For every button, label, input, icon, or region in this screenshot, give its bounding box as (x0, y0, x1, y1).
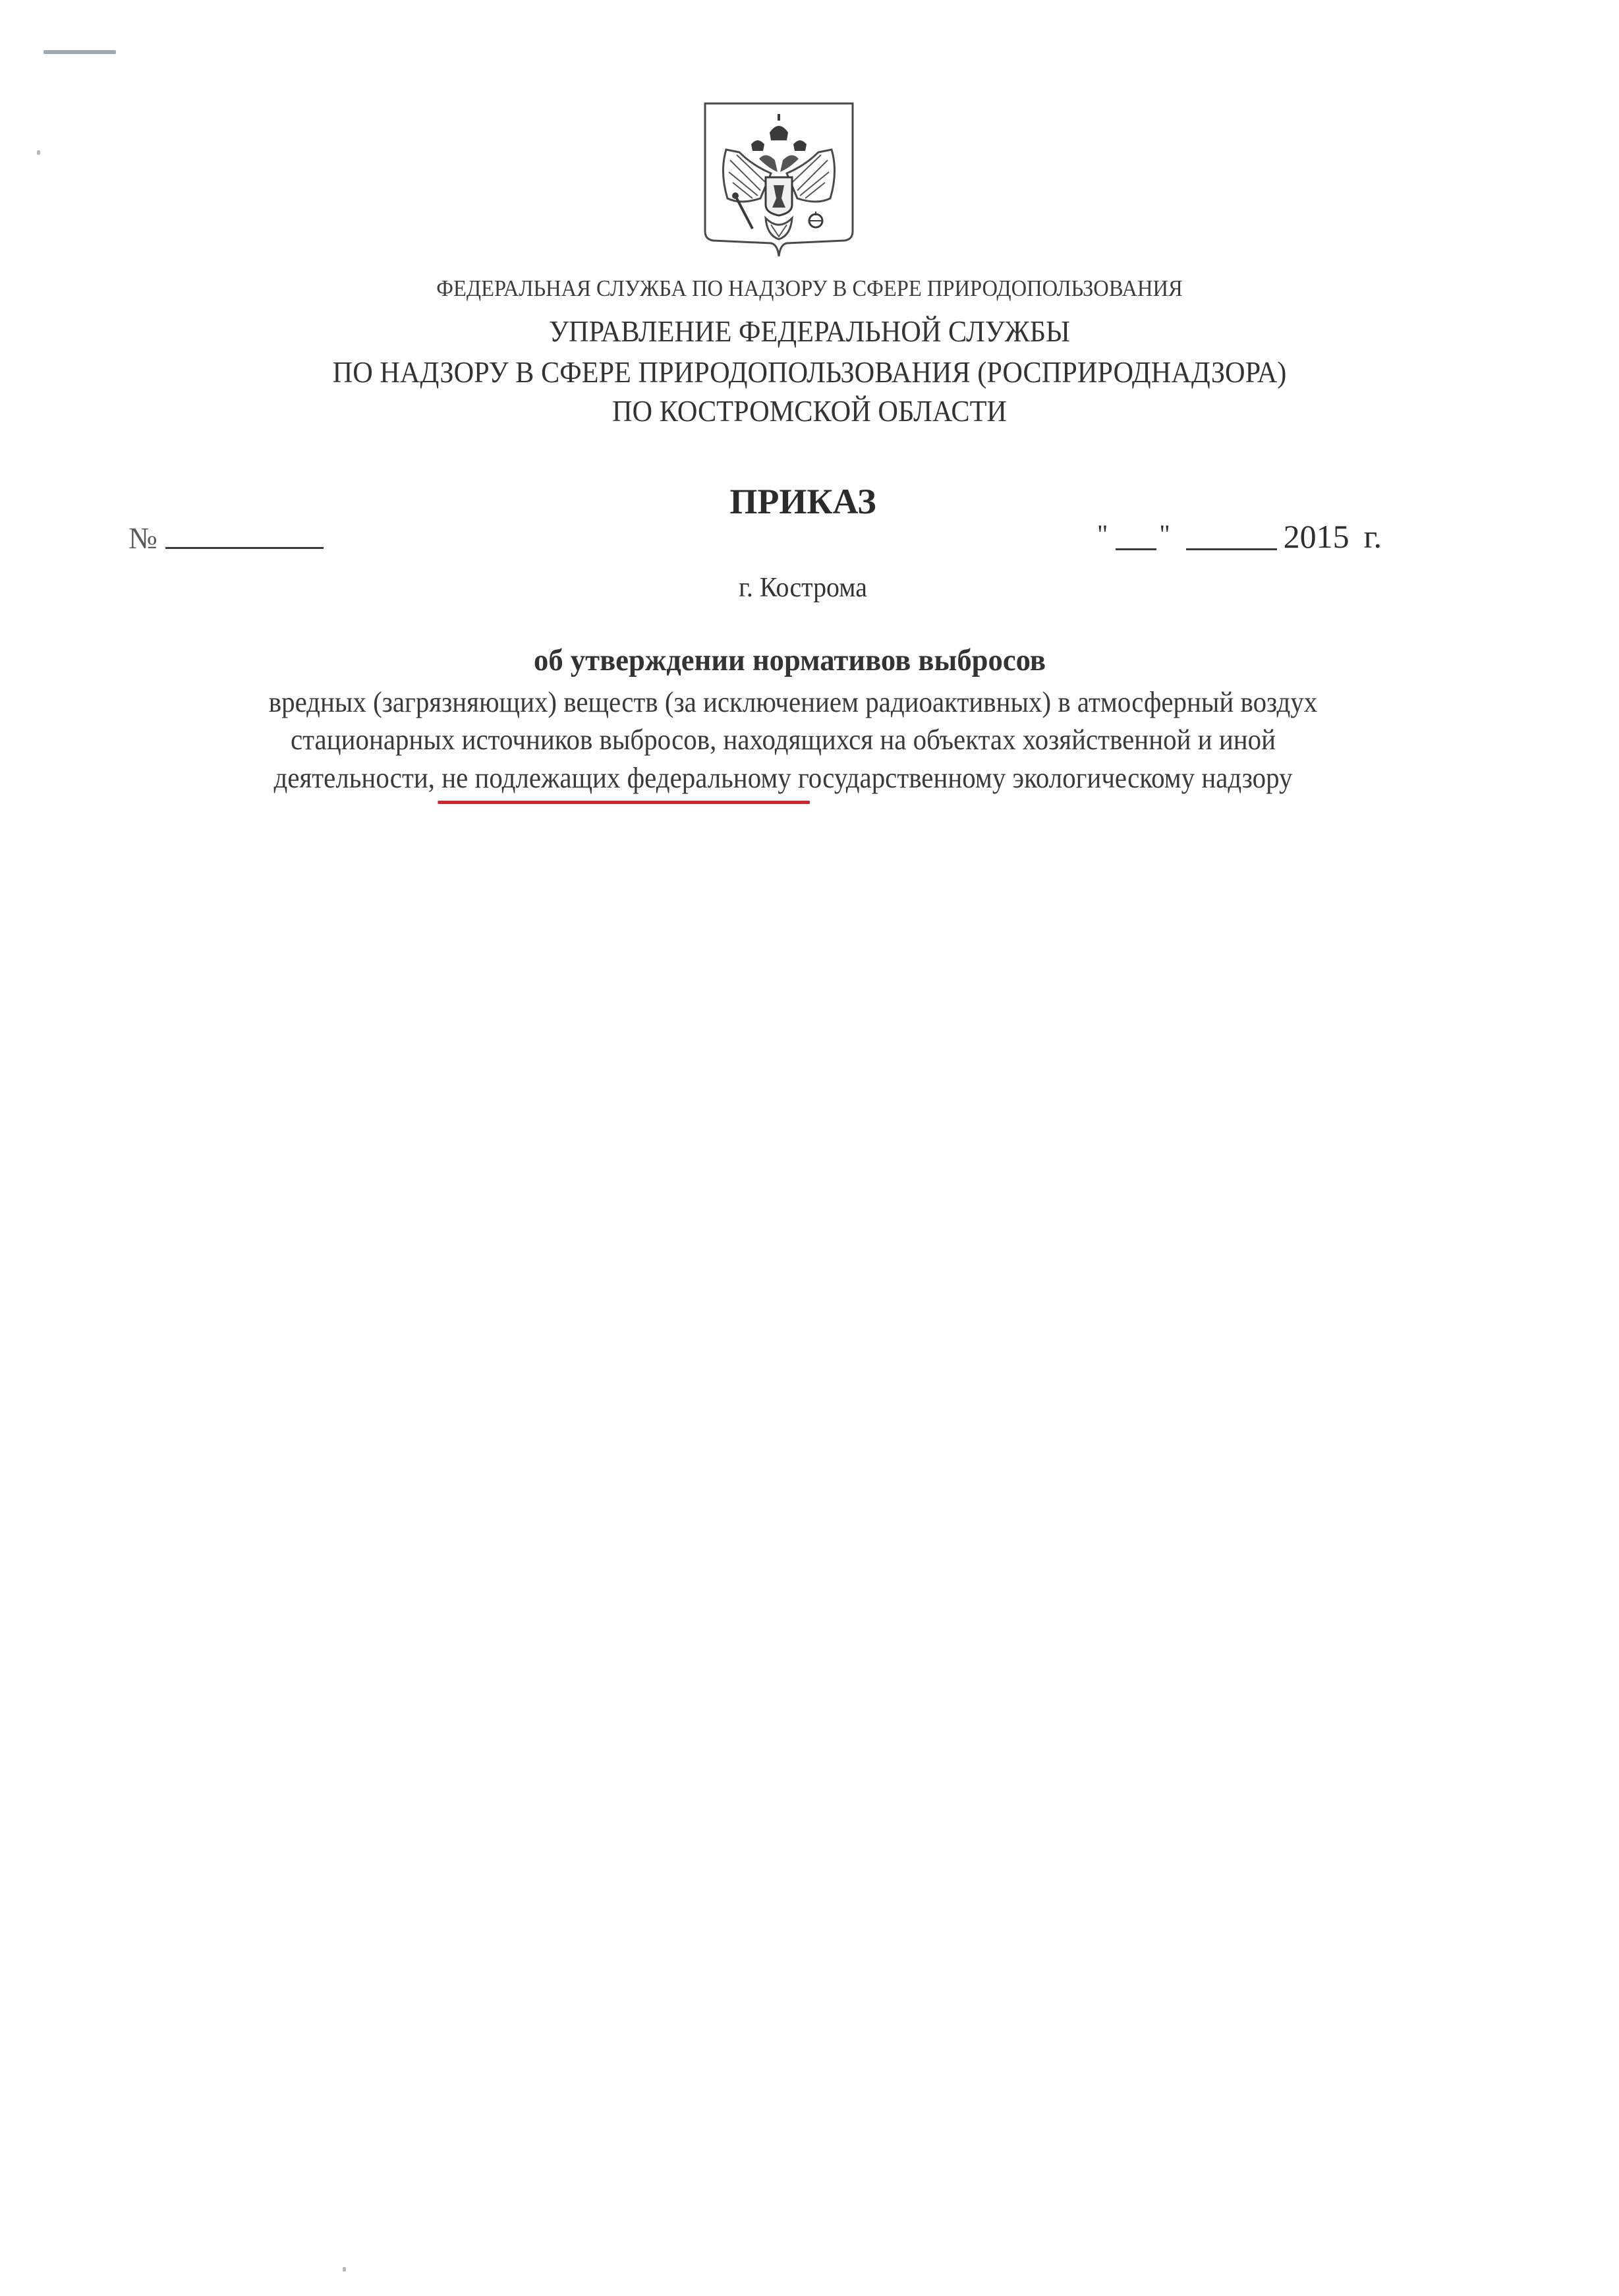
agency-name-line-2: ПО НАДЗОРУ В СФЕРЕ ПРИРОДОПОЛЬЗОВАНИЯ (Р… (65, 355, 1554, 389)
number-label: № (128, 521, 157, 556)
number-blank-field (165, 547, 324, 549)
date-year: 2015 (1284, 517, 1349, 556)
date-year-suffix: г. (1364, 517, 1382, 556)
red-underlined-phrase: не подлежащих федеральному (441, 761, 791, 795)
day-blank-field (1116, 548, 1156, 550)
scan-artifact-dot (37, 150, 40, 155)
document-type-heading: ПРИКАЗ (0, 481, 1612, 522)
document-subtitle-line-1: вредных (загрязняющих) веществ (за исклю… (40, 685, 1546, 719)
document-title: об утверждении нормативов выбросов (20, 643, 1558, 678)
date-close-quote: " (1159, 519, 1170, 550)
scan-artifact-dot (343, 2267, 346, 2272)
russian-coat-of-arms-icon (700, 100, 858, 261)
subtitle-line-3-end: государственному экологическому надзору (791, 762, 1293, 794)
subtitle-line-3-start: деятельности, (273, 762, 441, 794)
scan-artifact-mark (43, 50, 116, 54)
document-number: № (128, 521, 324, 556)
agency-name-line-3: ПО КОСТРОМСКОЙ ОБЛАСТИ (65, 393, 1554, 428)
date-open-quote: " (1097, 519, 1108, 550)
month-blank-field (1186, 548, 1277, 550)
agency-name-line-1: УПРАВЛЕНИЕ ФЕДЕРАЛЬНОЙ СЛУЖБЫ (65, 314, 1554, 349)
document-city: г. Кострома (34, 572, 1572, 604)
document-subtitle-line-2: стационарных источников выбросов, находя… (30, 723, 1536, 757)
document-subtitle-line-3: деятельности, не подлежащих федеральному… (30, 761, 1536, 795)
parent-agency-name: ФЕДЕРАЛЬНАЯ СЛУЖБА ПО НАДЗОРУ В СФЕРЕ ПР… (57, 275, 1562, 302)
document-page: ФЕДЕРАЛЬНАЯ СЛУЖБА ПО НАДЗОРУ В СФЕРЕ ПР… (0, 0, 1619, 2296)
document-date: " " 2015 г. (1097, 517, 1382, 556)
